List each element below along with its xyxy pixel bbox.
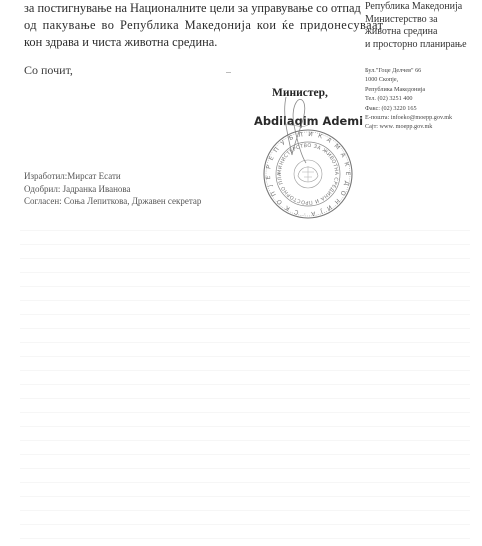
official-seal-icon: Р Е П У Б Л И К А М А К Е Д О Н И Ј А · … <box>258 128 358 220</box>
credit-prepared-by: Изработил:Мирсат Есати <box>24 170 201 183</box>
body-line: кон здрава и чиста животна средина. <box>24 34 354 51</box>
scan-mark <box>226 72 231 73</box>
body-line: од пакување во Република Македонија кои … <box>24 17 354 34</box>
letterhead-line: Министерство за <box>365 14 480 27</box>
credit-agreed-by: Согласен: Соња Лепиткова, Државен секрет… <box>24 195 201 208</box>
letterhead-line: животна средина <box>365 26 480 39</box>
document-credits: Изработил:Мирсат Есати Одобрил: Јадранка… <box>24 170 201 208</box>
credit-approved-by: Одобрил: Јадранка Иванова <box>24 183 201 196</box>
reverse-side-bleed-through <box>20 220 470 540</box>
ministry-letterhead: Република Македонија Министерство за жив… <box>365 1 480 51</box>
letter-body: за постигнување на Националните цели за … <box>24 0 354 51</box>
letterhead-line: Република Македонија <box>365 1 480 14</box>
ministry-contact: Бул."Гоце Делчев" 66 1000 Скопје, Републ… <box>365 66 480 132</box>
contact-email: E-пошта: infoeko@moepp.gov.mk <box>365 113 480 122</box>
letter-page: за постигнување на Националните цели за … <box>0 0 482 546</box>
letterhead-line: и просторно планирање <box>365 39 480 52</box>
closing-salutation: Со почит, <box>24 63 73 78</box>
contact-website: Сајт: www. moepp.gov.mk <box>365 122 480 131</box>
contact-country: Република Македонија <box>365 85 480 94</box>
contact-address: Бул."Гоце Делчев" 66 <box>365 66 480 75</box>
body-line: за постигнување на Националните цели за … <box>24 0 354 17</box>
contact-fax: Факс: (02) 3220 165 <box>365 104 480 113</box>
contact-city: 1000 Скопје, <box>365 75 480 84</box>
contact-phone: Тел. (02) 3251 400 <box>365 94 480 103</box>
